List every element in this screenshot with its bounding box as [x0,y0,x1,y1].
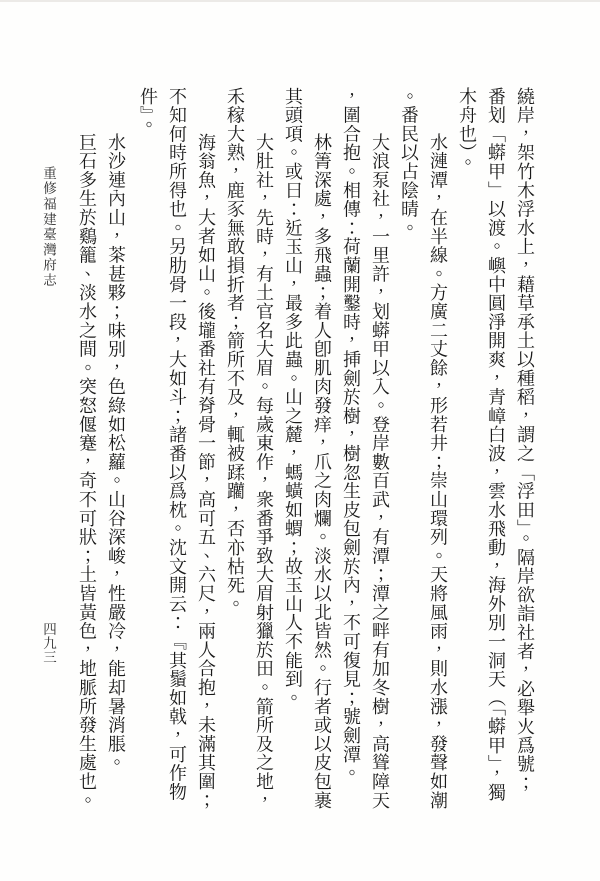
text-column: 番划「蟒甲」以渡。嶼中圓淨開爽，青嶂白波，雲水飛動，海外別一洞天（「蟒甲」，獨 [487,87,505,849]
text-column: 巨石多生於鷄籠、淡水之間。突怒偃蹇，奇不可狀；土皆黃色，地脈所發生處也。 [78,87,96,849]
text-column: 。番民以占陰晴。 [400,87,418,849]
text-column: 大肚社，先時，有土官名大眉。每歲東作，衆番爭致大眉射獵於田。箭所及之地， [255,87,273,849]
text-column: 繞岸，架竹木浮水上，藉草承土以種稻，謂之「浮田」。隔岸欲詣社者，必舉火爲號； [516,87,534,849]
text-column: 木舟也）。 [458,87,476,849]
text-column: 不知何時所得也。另肋骨一段，大如斗；諸番以爲枕。沈文開云：『其鬚如戟，可作物 [168,87,186,849]
scanned-book-page: 繞岸，架竹木浮水上，藉草承土以種稻，謂之「浮田」。隔岸欲詣社者，必舉火爲號； 番… [0,0,600,881]
text-column: 水漣潭，在半線。方廣二丈餘，形若井；崇山環列。天將風雨，則水漲，發聲如潮 [429,87,447,849]
text-column: 林箐深處，多飛蟲；着人卽肌肉發痒，爪之肉爛。淡水以北皆然。行者或以皮包裹 [313,87,331,849]
text-column: 水沙連內山，茶甚夥；味別，色綠如松蘿。山谷深峻，性嚴冷，能却暑消脹。 [107,87,125,849]
text-column: 禾稼大熟，鹿豕無敢損折者；箭所不及，輒被蹂躪，否亦枯死。 [226,87,244,849]
text-column: 其頭項。或曰：近玉山，最多此蟲。山之麓，螞蟥如蝟；故玉山人不能到。 [284,87,302,849]
text-column: ，圍合抱。相傳：荷蘭開鑿時，挿劍於樹，樹忽生皮包劍於內，不可復見；號劍潭。 [342,87,360,849]
book-spine-title: 重修福建臺灣府志 [41,166,56,288]
text-column: 件』。 [139,87,157,849]
text-column: 大浪泵社，一里許，划蟒甲以入。登岸數百武，有潭；潭之畔有加冬樹，高聳障天 [371,87,389,849]
body-text-block: 繞岸，架竹木浮水上，藉草承土以種稻，謂之「浮田」。隔岸欲詣社者，必舉火爲號； 番… [67,87,534,849]
scan-edge-artifact [0,0,600,2]
text-column: 海翁魚，大者如山。後壠番社有脊骨一節，高可五、六尺，兩人合抱，未滿其圍； [197,87,215,849]
page-number: 四九三 [41,622,56,664]
